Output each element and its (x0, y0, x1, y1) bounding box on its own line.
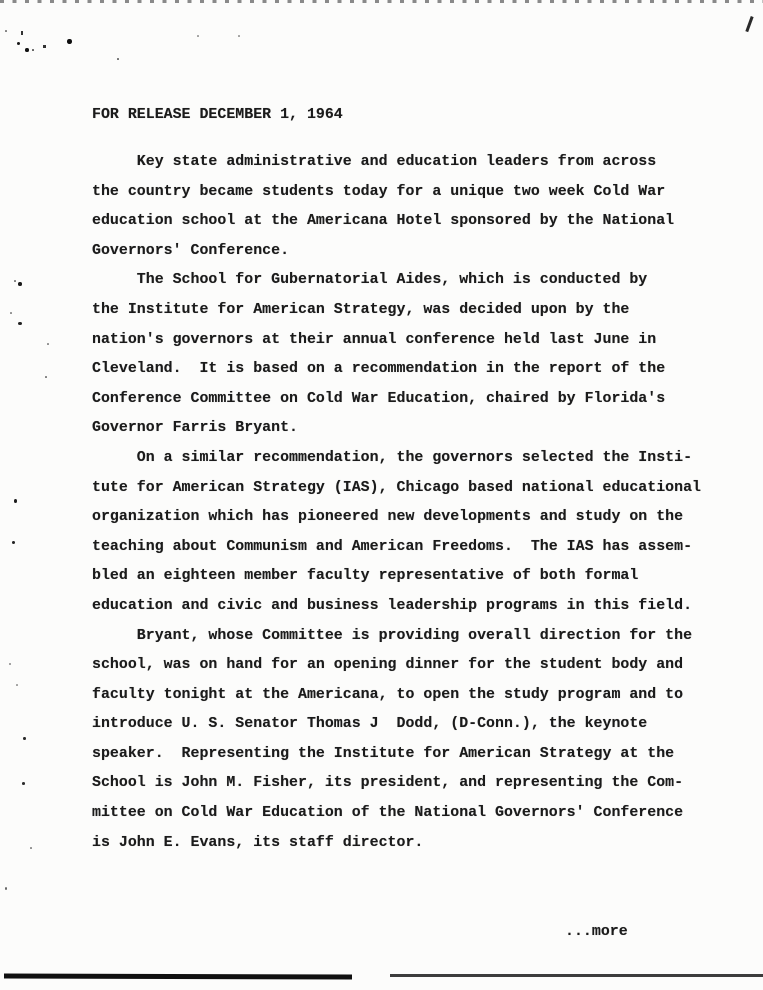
scan-speck (22, 782, 25, 785)
paragraph-2: The School for Gubernatorial Aides, whic… (92, 266, 752, 444)
perforation-dots-edge (0, 0, 763, 3)
scan-speck (14, 280, 16, 282)
scan-speck (18, 322, 22, 325)
scan-speck (23, 737, 26, 740)
paragraph-4: Bryant, whose Committee is providing ove… (92, 622, 752, 859)
release-date-line: FOR RELEASE DECEMBER 1, 1964 (92, 101, 343, 131)
scan-speck (32, 49, 34, 51)
scan-speck (47, 343, 49, 345)
scan-speck (30, 847, 32, 849)
scan-speck (14, 499, 17, 503)
scanned-press-release-page: FOR RELEASE DECEMBER 1, 1964 Key state a… (0, 0, 763, 990)
scan-speck (238, 35, 240, 37)
scan-speck (25, 48, 29, 52)
scan-speck (67, 39, 72, 44)
bottom-scan-line-right (390, 974, 763, 977)
scan-speck (9, 663, 11, 665)
scan-speck (5, 30, 7, 32)
scan-speck (21, 31, 23, 35)
bottom-scan-line-left (4, 974, 352, 979)
pen-stroke-mark (745, 16, 753, 32)
body-text: Key state administrative and education l… (92, 148, 752, 858)
scan-speck (12, 541, 15, 544)
scan-speck (17, 42, 20, 45)
scan-speck (10, 312, 12, 314)
scan-speck (43, 45, 46, 48)
scan-speck (197, 35, 199, 37)
scan-speck (5, 887, 7, 890)
more-continuation-indicator: ...more (565, 918, 628, 948)
scan-speck (117, 58, 119, 60)
scan-speck (18, 282, 22, 286)
scan-speck (45, 376, 47, 378)
paragraph-1: Key state administrative and education l… (92, 148, 752, 266)
scan-speck (16, 684, 18, 686)
paragraph-3: On a similar recommendation, the governo… (92, 444, 752, 622)
